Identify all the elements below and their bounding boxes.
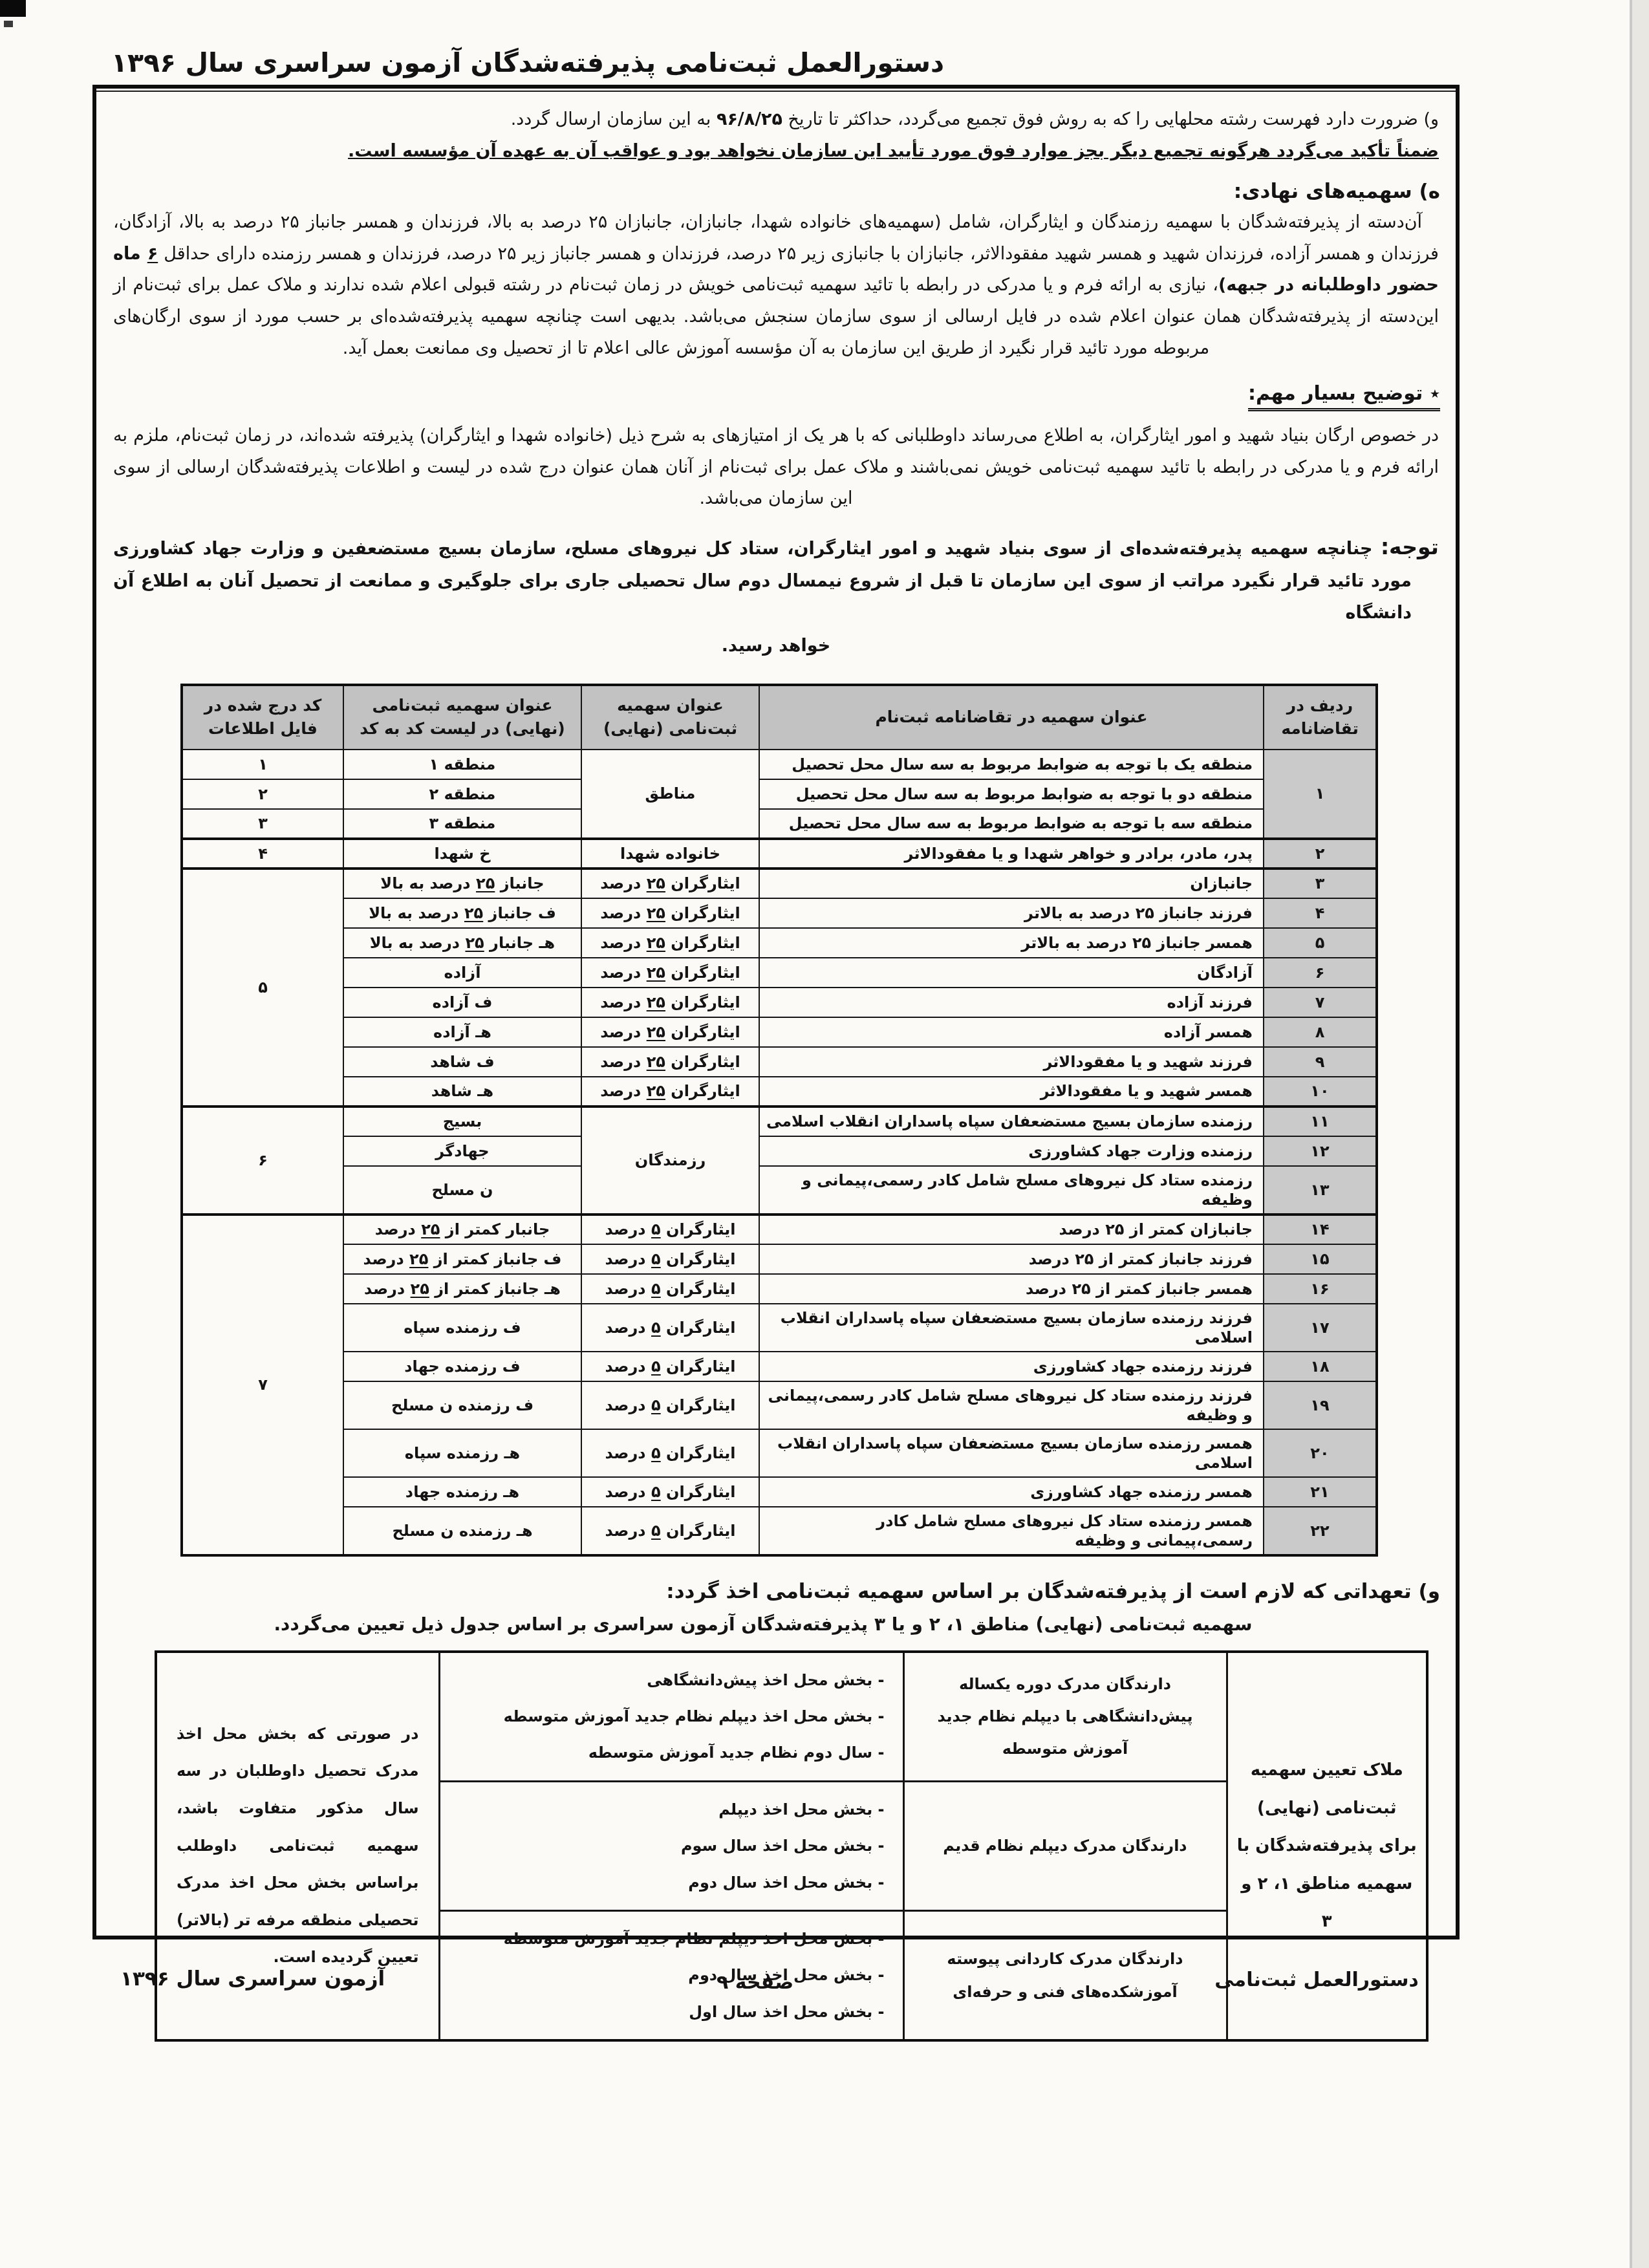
location-item: - بخش محل اخذ پیش‌دانشگاهی xyxy=(458,1662,885,1698)
cell-code-list: آزاده xyxy=(343,958,581,988)
table-row: ۱۱ رزمنده سازمان بسیج مستضعفان سپاه پاسد… xyxy=(182,1107,1377,1136)
cell-radif: ۱۷ xyxy=(1264,1304,1377,1352)
attention-tail-line: خواهد رسید. xyxy=(112,631,1440,662)
table-row: ۱۳ رزمنده ستاد کل نیروهای مسلح شامل کادر… xyxy=(182,1166,1377,1215)
table-row: ۱۲ رزمنده وزارت جهاد کشاورزی جهادگر xyxy=(182,1136,1377,1166)
cell-degree-holder: دارندگان مدرک دیپلم نظام قدیم xyxy=(903,1781,1227,1910)
cell-file-code: ۵ xyxy=(182,869,343,1107)
cell-request: فرزند رزمنده جهاد کشاورزی xyxy=(759,1352,1264,1381)
table-row: ۱۹ فرزند رزمنده ستاد کل نیروهای مسلح شام… xyxy=(182,1381,1377,1429)
cell-final: ایثارگران ۲۵ درصد xyxy=(581,988,759,1017)
cell-request: فرزند جانباز کمتر از ۲۵ درصد xyxy=(759,1244,1264,1274)
cell-final: مناطق xyxy=(581,750,759,839)
location-item: - بخش محل اخذ سال سوم xyxy=(458,1828,885,1864)
institutional-quotas-paragraph: آن‌دسته از پذیرفته‌شدگان با سهمیه رزمندگ… xyxy=(113,207,1439,364)
intro-paragraph: و) ضرورت دارد فهرست رشته محلهایی را که ب… xyxy=(113,104,1439,167)
header-file-code: کد درج شده در فایل اطلاعات xyxy=(182,685,343,750)
cell-final: ایثارگران ۲۵ درصد xyxy=(581,1077,759,1107)
table-row: ۱۸ فرزند رزمنده جهاد کشاورزی ایثارگران ۵… xyxy=(182,1352,1377,1381)
header-code-list-title: عنوان سهمیه ثبت‌نامی (نهایی) در لیست کد … xyxy=(343,685,581,750)
table-row: ۱۶ همسر جانباز کمتر از ۲۵ درصد ایثارگران… xyxy=(182,1274,1377,1304)
cell-request: جانبازان xyxy=(759,869,1264,898)
cell-final: ایثارگران ۵ درصد xyxy=(581,1244,759,1274)
cell-request: همسر شهید و یا مفقودالاثر xyxy=(759,1077,1264,1107)
table-row: ۱۵ فرزند جانباز کمتر از ۲۵ درصد ایثارگرا… xyxy=(182,1244,1377,1274)
cell-radif: ۶ xyxy=(1264,958,1377,988)
commitments-subtitle: سهمیه ثبت‌نامی (نهایی) مناطق ۱، ۲ و یا ۳… xyxy=(112,1614,1414,1635)
table-row: ۹ فرزند شهید و یا مفقودالاثر ایثارگران ۲… xyxy=(182,1047,1377,1077)
cell-radif: ۷ xyxy=(1264,988,1377,1017)
table-row: ۲۲ همسر رزمنده ستاد کل نیروهای مسلح شامل… xyxy=(182,1507,1377,1555)
cell-radif: ۴ xyxy=(1264,898,1377,928)
cell-code-list: ف رزمنده ن مسلح xyxy=(343,1381,581,1429)
cell-request: فرزند رزمنده سازمان بسیج مستضعفان سپاه پ… xyxy=(759,1304,1264,1352)
attention-body-text: چنانچه سهمیه پذیرفته‌شده‌ای از سوی بنیاد… xyxy=(113,539,1412,623)
cell-radif: ۲ xyxy=(1264,839,1377,869)
cell-radif: ۱۶ xyxy=(1264,1274,1377,1304)
cell-radif: ۱۹ xyxy=(1264,1381,1377,1429)
cell-request: آزادگان xyxy=(759,958,1264,988)
cell-final: ایثارگران ۲۵ درصد xyxy=(581,1017,759,1047)
cell-request: همسر رزمنده ستاد کل نیروهای مسلح شامل کا… xyxy=(759,1507,1264,1555)
cell-location-items: - بخش محل اخذ دیپلم نظام جدید آموزش متوس… xyxy=(439,1910,903,2040)
cell-code-list: ن مسلح xyxy=(343,1166,581,1215)
cell-request: همسر رزمنده سازمان بسیج مستضعفان سپاه پا… xyxy=(759,1429,1264,1477)
cell-radif: ۹ xyxy=(1264,1047,1377,1077)
table-row: ۱ منطقه یک با توجه به ضوابط مربوط به سه … xyxy=(182,750,1377,779)
location-item: - سال دوم نظام جدید آموزش متوسطه xyxy=(458,1734,885,1771)
cell-code-list: هـ جانبار ۲۵ درصد به بالا xyxy=(343,928,581,958)
cell-code-list: منطقه ۲ xyxy=(343,779,581,809)
table-row: ۲۰ همسر رزمنده سازمان بسیج مستضعفان سپاه… xyxy=(182,1429,1377,1477)
header-radif: ردیف در تقاضانامه xyxy=(1264,685,1377,750)
quota-table-body: ۱ منطقه یک با توجه به ضوابط مربوط به سه … xyxy=(182,750,1377,1555)
cell-radif: ۱۰ xyxy=(1264,1077,1377,1107)
cell-code-list: ف جانباز ۲۵ درصد به بالا xyxy=(343,898,581,928)
cell-radif: ۵ xyxy=(1264,928,1377,958)
location-item: - بخش محل اخذ سال دوم xyxy=(458,1864,885,1901)
cell-radif: ۱۸ xyxy=(1264,1352,1377,1381)
scan-right-shade xyxy=(1632,0,1649,2268)
cell-code-list: جانبار کمتر از ۲۵ درصد xyxy=(343,1215,581,1244)
volunteer-front-emphasis: حضور داوطلبانه در جبهه) xyxy=(1218,275,1439,295)
cell-final: خانواده شهدا xyxy=(581,839,759,869)
cell-file-code: ۴ xyxy=(182,839,343,869)
cell-radif: ۱۲ xyxy=(1264,1136,1377,1166)
cell-file-code: ۶ xyxy=(182,1107,343,1215)
cell-request: همسر جانباز ۲۵ درصد به بالاتر xyxy=(759,928,1264,958)
cell-code-list: منطقه ۳ xyxy=(343,809,581,839)
location-item: - بخش محل اخذ سال اول xyxy=(458,1994,885,2030)
cell-request: رزمنده وزارت جهاد کشاورزی xyxy=(759,1136,1264,1166)
section-heading-institutional-quotas: ه) سهمیه‌های نهادی: xyxy=(112,180,1440,203)
page-title: دستورالعمل ثبت‌نامی پذیرفته‌شدگان آزمون … xyxy=(111,47,944,78)
cell-radif: ۲۲ xyxy=(1264,1507,1377,1555)
table-row: ۷ فرزند آزاده ایثارگران ۲۵ درصد ف آزاده xyxy=(182,988,1377,1017)
cell-degree-holder: دارندگان مدرک دوره یکساله پیش‌دانشگاهی ب… xyxy=(903,1652,1227,1782)
cell-code-list: جهادگر xyxy=(343,1136,581,1166)
cell-request: جانبازان کمتر از ۲۵ درصد xyxy=(759,1215,1264,1244)
cell-final: ایثارگران ۵ درصد xyxy=(581,1477,759,1507)
footer-doc-name: دستورالعمل ثبت‌نامی xyxy=(1214,1969,1419,1991)
very-important-note-heading: ٭ توضیح بسیار مهم: xyxy=(1248,382,1440,411)
section-heading-commitments: و) تعهداتی که لازم است از پذیرفته‌شدگان … xyxy=(112,1580,1440,1603)
intro-line-1: و) ضرورت دارد فهرست رشته محلهایی را که ب… xyxy=(113,104,1439,136)
cell-final: ایثارگران ۵ درصد xyxy=(581,1352,759,1381)
footer-page-number: صفحه ۹ xyxy=(717,1971,793,1994)
footer-exam-year: آزمون سراسری سال ۱۳۹۶ xyxy=(120,1967,385,1991)
intro-line1-tail: به این سازمان ارسال گردد. xyxy=(511,109,717,129)
cell-final: ایثارگران ۵ درصد xyxy=(581,1304,759,1352)
cell-code-list: هـ جانباز کمتر از ۲۵ درصد xyxy=(343,1274,581,1304)
header-final-title: عنوان سهمیه ثبت‌نامی (نهایی) xyxy=(581,685,759,750)
quota-codes-table: ردیف در تقاضانامه عنوان سهمیه در تقاضانا… xyxy=(180,684,1378,1557)
cell-degree-holder: دارندگان مدرک کاردانی پیوسته آموزشکده‌ها… xyxy=(903,1910,1227,2040)
cell-location-items: - بخش محل اخذ دیپلم - بخش محل اخذ سال سو… xyxy=(439,1781,903,1910)
cell-code-list: هـ رزمنده جهاد xyxy=(343,1477,581,1507)
very-important-note-body: در خصوص ارگان بنیاد شهید و امور ایثارگرا… xyxy=(113,420,1439,515)
deadline-date: ۹۶/۸/۲۵ xyxy=(717,109,782,129)
table-row: منطقه دو با توجه به ضوابط مربوط به سه سا… xyxy=(182,779,1377,809)
intro-line1-text: و) ضرورت دارد فهرست رشته محلهایی را که ب… xyxy=(782,109,1439,129)
cell-radif: ۲۱ xyxy=(1264,1477,1377,1507)
cell-code-list: بسیج xyxy=(343,1107,581,1136)
cell-final: ایثارگران ۲۵ درصد xyxy=(581,1047,759,1077)
cell-code-list: خ شهدا xyxy=(343,839,581,869)
quota-table-header: ردیف در تقاضانامه عنوان سهمیه در تقاضانا… xyxy=(182,685,1377,750)
cell-final: ایثارگران ۲۵ درصد xyxy=(581,928,759,958)
cell-radif: ۱ xyxy=(1264,750,1377,839)
content-border-box: و) ضرورت دارد فهرست رشته محلهایی را که ب… xyxy=(92,85,1460,1939)
cell-final: ایثارگران ۵ درصد xyxy=(581,1215,759,1244)
quota-text-a: آن‌دسته از پذیرفته‌شدگان با سهمیه رزمندگ… xyxy=(113,212,1439,264)
cell-code-list: هـ رزمنده ن مسلح xyxy=(343,1507,581,1555)
cell-request: همسر جانباز کمتر از ۲۵ درصد xyxy=(759,1274,1264,1304)
cell-request: پدر، مادر، برادر و خواهر شهدا و یا مفقود… xyxy=(759,839,1264,869)
cell-code-list: ف جانباز کمتر از ۲۵ درصد xyxy=(343,1244,581,1274)
table-row: ۱۷ فرزند رزمنده سازمان بسیج مستضعفان سپا… xyxy=(182,1304,1377,1352)
cell-request: فرزند رزمنده ستاد کل نیروهای مسلح شامل ک… xyxy=(759,1381,1264,1429)
cell-final: رزمندگان xyxy=(581,1107,759,1215)
header-row: ردیف در تقاضانامه عنوان سهمیه در تقاضانا… xyxy=(182,685,1377,750)
table-row: ۶ آزادگان ایثارگران ۲۵ درصد آزاده xyxy=(182,958,1377,988)
cell-final: ایثارگران ۲۵ درصد xyxy=(581,898,759,928)
cell-request: منطقه سه با توجه به ضوابط مربوط به سه سا… xyxy=(759,809,1264,839)
cell-code-list: هـ رزمنده سپاه xyxy=(343,1429,581,1477)
cell-code-list: منطقه ۱ xyxy=(343,750,581,779)
table-row: ۸ همسر آزاده ایثارگران ۲۵ درصد هـ آزاده xyxy=(182,1017,1377,1047)
cell-radif: ۲۰ xyxy=(1264,1429,1377,1477)
location-item: - بخش محل اخذ دیپلم xyxy=(458,1791,885,1828)
cell-location-items: - بخش محل اخذ پیش‌دانشگاهی - بخش محل اخذ… xyxy=(439,1652,903,1782)
cell-final: ایثارگران ۵ درصد xyxy=(581,1381,759,1429)
cell-final: ایثارگران ۵ درصد xyxy=(581,1507,759,1555)
cell-file-code: ۷ xyxy=(182,1215,343,1555)
cell-radif: ۱۵ xyxy=(1264,1244,1377,1274)
cell-request: فرزند جانباز ۲۵ درصد به بالاتر xyxy=(759,898,1264,928)
cell-code-list: هـ آزاده xyxy=(343,1017,581,1047)
cell-final: ایثارگران ۲۵ درصد xyxy=(581,958,759,988)
table-row: ۲۱ همسر رزمنده جهاد کشاورزی ایثارگران ۵ … xyxy=(182,1477,1377,1507)
cell-file-code: ۲ xyxy=(182,779,343,809)
cell-code-list: ف رزمنده جهاد xyxy=(343,1352,581,1381)
cell-request: همسر آزاده xyxy=(759,1017,1264,1047)
table-row: ملاک تعیین سهمیه ثبت‌نامی (نهایی) برای پ… xyxy=(156,1652,1427,1782)
cell-request: منطقه یک با توجه به ضوابط مربوط به سه سا… xyxy=(759,750,1264,779)
cell-request: رزمنده ستاد کل نیروهای مسلح شامل کادر رس… xyxy=(759,1166,1264,1215)
cell-file-code: ۱ xyxy=(182,750,343,779)
intro-line-2: ضمناً تأکید می‌گردد هرگونه تجمیع دیگر بج… xyxy=(113,136,1439,167)
attention-label: توجه: xyxy=(1381,534,1439,559)
scan-right-edge-line xyxy=(1630,0,1632,2268)
cell-file-code: ۳ xyxy=(182,809,343,839)
scan-speck xyxy=(4,21,13,27)
cell-code-list: ف رزمنده سپاه xyxy=(343,1304,581,1352)
location-item: - بخش محل اخذ دیپلم نظام جدید آموزش متوس… xyxy=(458,1698,885,1734)
cell-request: منطقه دو با توجه به ضوابط مربوط به سه سا… xyxy=(759,779,1264,809)
location-item: - بخش محل اخذ سال دوم xyxy=(458,1957,885,1993)
cell-final: ایثارگران ۲۵ درصد xyxy=(581,869,759,898)
header-request-title: عنوان سهمیه در تقاضانامه ثبت‌نام xyxy=(759,685,1264,750)
attention-paragraph: توجه: چنانچه سهمیه پذیرفته‌شده‌ای از سوی… xyxy=(113,528,1439,629)
table-row: ۳ جانبازان ایثارگران ۲۵ درصد جانباز ۲۵ د… xyxy=(182,869,1377,898)
cell-code-list: ف شاهد xyxy=(343,1047,581,1077)
cell-code-list: هـ شاهد xyxy=(343,1077,581,1107)
cell-request: فرزند شهید و یا مفقودالاثر xyxy=(759,1047,1264,1077)
cell-radif: ۳ xyxy=(1264,869,1377,898)
cell-final: ایثارگران ۵ درصد xyxy=(581,1274,759,1304)
cell-code-list: ف آزاده xyxy=(343,988,581,1017)
cell-final: ایثارگران ۵ درصد xyxy=(581,1429,759,1477)
cell-request: رزمنده سازمان بسیج مستضعفان سپاه پاسدارا… xyxy=(759,1107,1264,1136)
table-row: ۱۴ جانبازان کمتر از ۲۵ درصد ایثارگران ۵ … xyxy=(182,1215,1377,1244)
cell-radif: ۸ xyxy=(1264,1017,1377,1047)
cell-radif: ۱۳ xyxy=(1264,1166,1377,1215)
six-month-emphasis: ۶ ماه xyxy=(113,244,158,264)
table-row: ۴ فرزند جانباز ۲۵ درصد به بالاتر ایثارگر… xyxy=(182,898,1377,928)
scan-corner-mark xyxy=(0,0,26,17)
cell-radif: ۱۴ xyxy=(1264,1215,1377,1244)
location-item: - بخش محل اخذ دیپلم نظام جدید آموزش متوس… xyxy=(458,1921,885,1957)
cell-code-list: جانباز ۲۵ درصد به بالا xyxy=(343,869,581,898)
table-row: ۱۰ همسر شهید و یا مفقودالاثر ایثارگران ۲… xyxy=(182,1077,1377,1107)
cell-request: فرزند آزاده xyxy=(759,988,1264,1017)
cell-request: همسر رزمنده جهاد کشاورزی xyxy=(759,1477,1264,1507)
scanned-document-page: { "page": { "title": "دستورالعمل ثبت‌نام… xyxy=(0,0,1649,2268)
table-row: ۲ پدر، مادر، برادر و خواهر شهدا و یا مفق… xyxy=(182,839,1377,869)
table-row: منطقه سه با توجه به ضوابط مربوط به سه سا… xyxy=(182,809,1377,839)
table-row: ۵ همسر جانباز ۲۵ درصد به بالاتر ایثارگرا… xyxy=(182,928,1377,958)
cell-radif: ۱۱ xyxy=(1264,1107,1377,1136)
